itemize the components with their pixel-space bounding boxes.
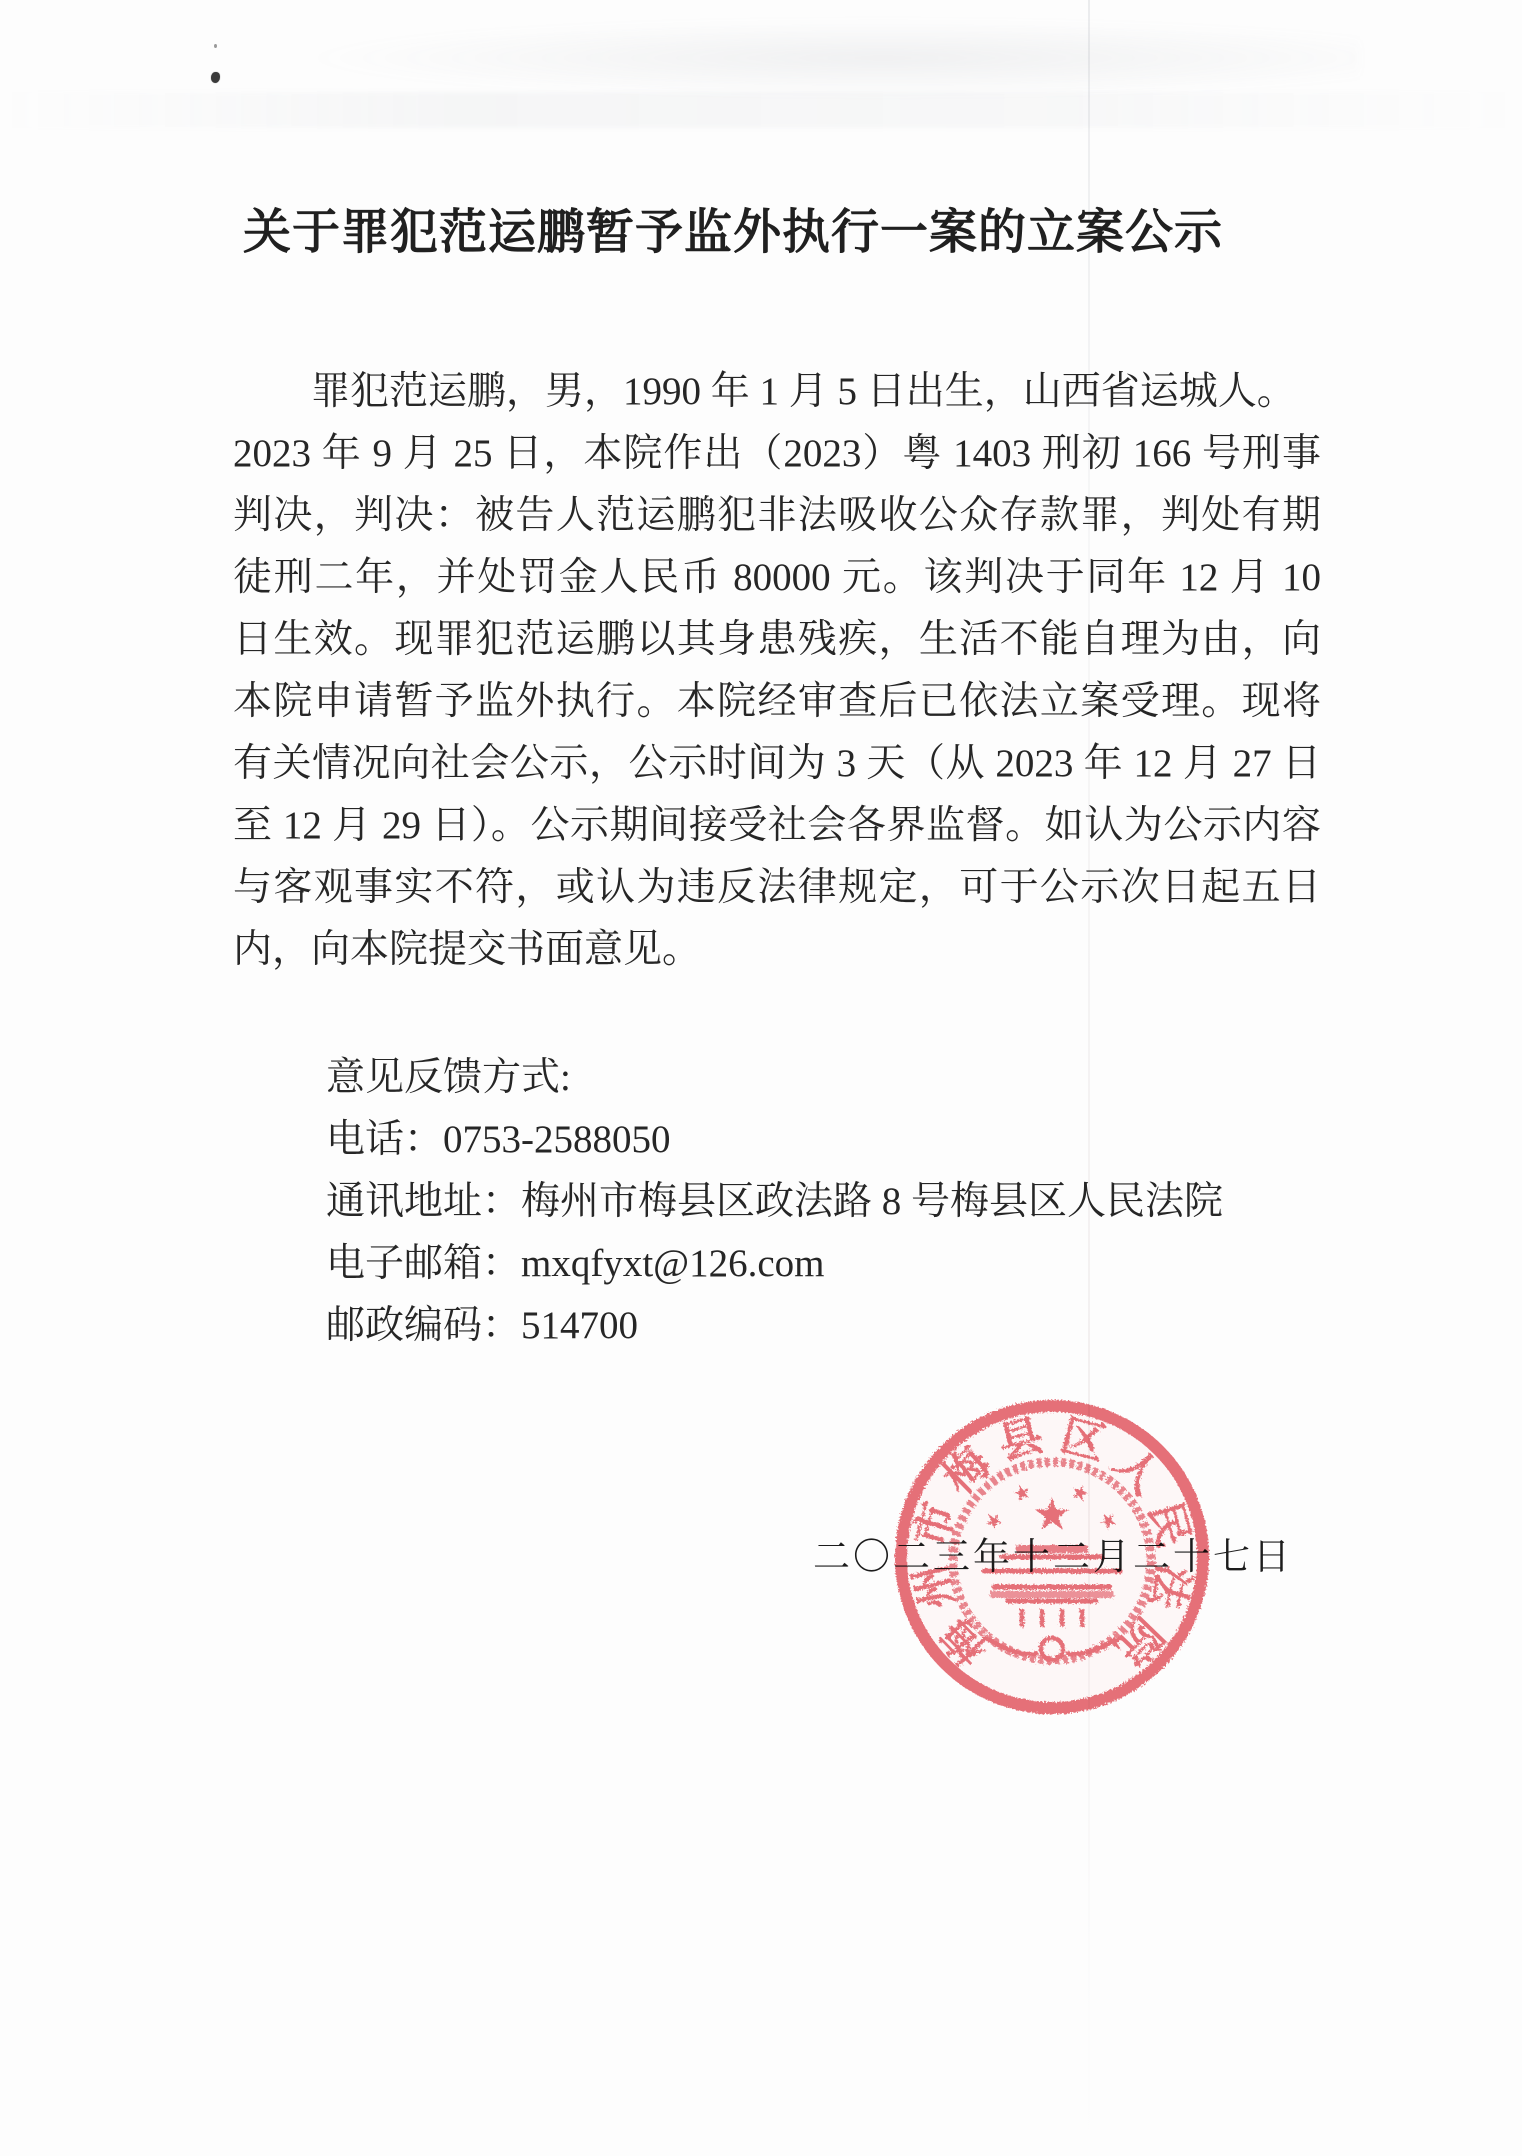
feedback-heading: 意见反馈方式: <box>326 1047 1326 1109</box>
email-label: 电子邮箱： <box>326 1242 521 1285</box>
feedback-email-line: 电子邮箱：mxqfyxt@126.com <box>326 1233 1326 1295</box>
gate-platform <box>990 1591 1114 1598</box>
email-value: mxqfyxt@126.com <box>521 1242 824 1285</box>
paragraph-offender-info: 罪犯范运鹏，男，1990 年 1 月 5 日出生，山西省运城人。 <box>233 361 1321 423</box>
scan-speck-small <box>214 44 217 48</box>
feedback-address-line: 通讯地址：梅州市梅县区政法路 8 号梅县区人民法院 <box>326 1171 1326 1233</box>
postcode-label: 邮政编码： <box>326 1304 521 1347</box>
address-value: 梅州市梅县区政法路 8 号梅县区人民法院 <box>521 1180 1223 1223</box>
phone-label: 电话： <box>326 1118 443 1161</box>
document-title: 关于罪犯范运鹏暂予监外执行一案的立案公示 <box>0 200 1466 266</box>
scan-smudge <box>300 18 1360 98</box>
phone-value: 0753-2588050 <box>443 1118 671 1161</box>
feedback-section: 意见反馈方式: 电话：0753-2588050 通讯地址：梅州市梅县区政法路 8… <box>326 1047 1326 1357</box>
court-seal-stamp: 梅州市梅县区人民法院 <box>894 1399 1210 1715</box>
address-label: 通讯地址： <box>326 1180 521 1223</box>
gate-upper-hall <box>1016 1545 1088 1553</box>
feedback-postcode-line: 邮政编码：514700 <box>326 1295 1326 1357</box>
scan-speck <box>211 72 220 83</box>
paragraph-case-details: 2023 年 9 月 25 日，本院作出（2023）粤 1403 刑初 166 … <box>233 423 1321 981</box>
postcode-value: 514700 <box>521 1304 638 1347</box>
feedback-phone-line: 电话：0753-2588050 <box>326 1109 1326 1171</box>
scan-smudge-band <box>0 92 1522 128</box>
scanned-document-page: 关于罪犯范运鹏暂予监外执行一案的立案公示 罪犯范运鹏，男，1990 年 1 月 … <box>0 0 1522 2156</box>
document-body: 罪犯范运鹏，男，1990 年 1 月 5 日出生，山西省运城人。 2023 年 … <box>233 361 1321 981</box>
